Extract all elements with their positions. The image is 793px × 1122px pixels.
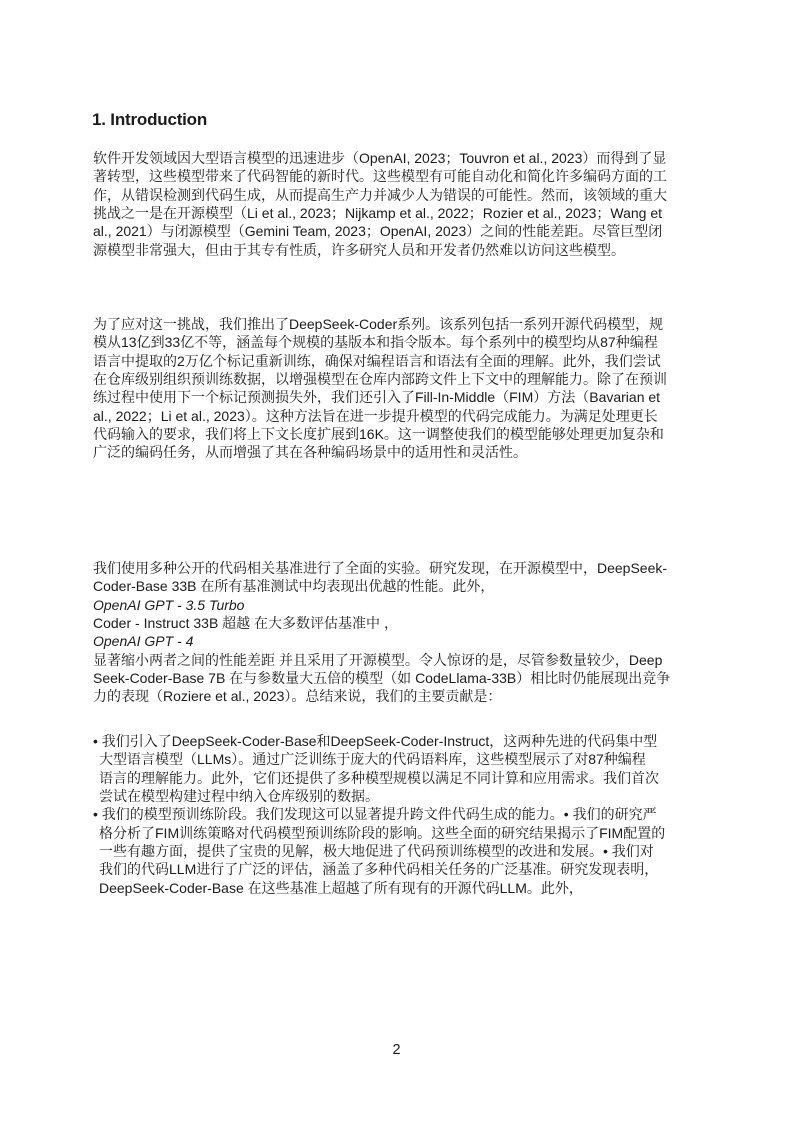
- section-heading: 1. Introduction: [92, 110, 207, 130]
- page-number: 2: [0, 1042, 793, 1058]
- paragraph-intro-2: 为了应对这一挑战，我们推出了DeepSeek-Coder系列。该系列包括一系列开…: [93, 315, 717, 462]
- experiments-mid-text: Coder - Instruct 33B 超越 在大多数评估基准中 ，: [93, 614, 717, 632]
- paragraph-experiments: 我们使用多种公开的代码相关基准进行了全面的实验。研究发现，在开源模型中，Deep…: [93, 559, 717, 706]
- emphasis-line-gpt35: OpenAI GPT - 3.5 Turbo: [93, 596, 717, 614]
- experiments-intro-text: 我们使用多种公开的代码相关基准进行了全面的实验。研究发现，在开源模型中，Deep…: [93, 559, 717, 596]
- contributions-list: • 我们引入了DeepSeek-Coder-Base和DeepSeek-Code…: [93, 732, 717, 897]
- contribution-item-models: • 我们引入了DeepSeek-Coder-Base和DeepSeek-Code…: [93, 732, 717, 805]
- experiments-outro-text: 显著缩小两者之间的性能差距 并且采用了开源模型。令人惊讶的是，尽管参数量较少，D…: [93, 651, 717, 706]
- paper-page: 1. Introduction 软件开发领域因大型语言模型的迅速进步（OpenA…: [0, 0, 793, 1122]
- contribution-item-pretraining-evaluation: • 我们的模型预训练阶段。我们发现这可以显著提升跨文件代码生成的能力。• 我们的…: [93, 805, 717, 897]
- paragraph-intro-1: 软件开发领域因大型语言模型的迅速进步（OpenAI, 2023；Touvron …: [93, 149, 717, 259]
- emphasis-line-gpt4: OpenAI GPT - 4: [93, 632, 717, 650]
